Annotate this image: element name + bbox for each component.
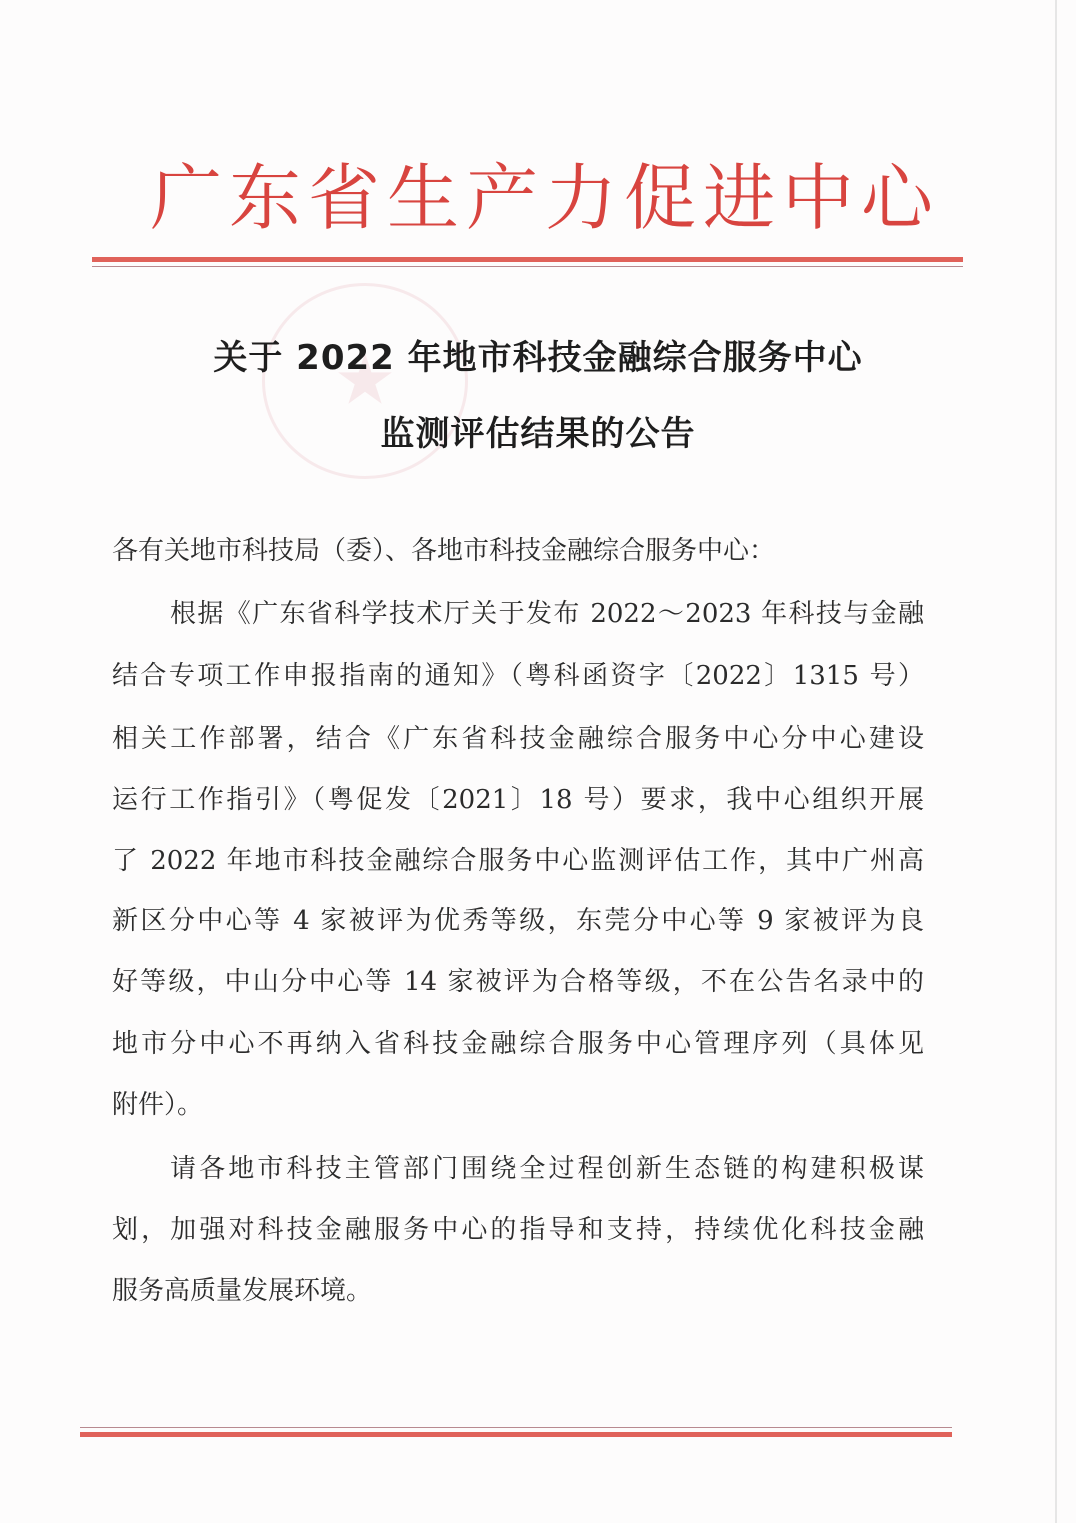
paragraph-1-line: 新区分中心等 4 家被评为优秀等级，东莞分中心等 9 家被评为良 — [112, 905, 924, 937]
document-page: 广东省生产力促进中心 ★ 关于 2022 年地市科技金融综合服务中心 监测评估结… — [0, 0, 1076, 1523]
paragraph-1-line: 好等级，中山分中心等 14 家被评为合格等级，不在公告名录中的 — [112, 966, 924, 998]
paragraph-2-line: 请各地市科技主管部门围绕全过程创新生态链的构建积极谋 — [170, 1153, 924, 1185]
letterhead-rule-thin — [92, 266, 963, 267]
footer-rule-thin — [80, 1427, 952, 1428]
paragraph-1-line: 相关工作部署，结合《广东省科技金融综合服务中心分中心建设 — [112, 723, 924, 755]
document-title-line-1: 关于 2022 年地市科技金融综合服务中心 — [0, 330, 1076, 379]
paragraph-2-line: 划，加强对科技金融服务中心的指导和支持，持续优化科技金融 — [112, 1214, 924, 1246]
paragraph-1-line: 了 2022 年地市科技金融综合服务中心监测评估工作，其中广州高 — [112, 845, 924, 877]
document-title-line-2: 监测评估结果的公告 — [0, 406, 1076, 455]
paragraph-1-line: 运行工作指引》（粤促发〔2021〕18 号）要求，我中心组织开展 — [112, 784, 924, 816]
letterhead-organization-name: 广东省生产力促进中心 — [150, 150, 910, 246]
salutation: 各有关地市科技局（委）、各地市科技金融综合服务中心： — [112, 535, 924, 567]
footer-rule-thick — [80, 1432, 952, 1437]
paragraph-1-line: 地市分中心不再纳入省科技金融综合服务中心管理序列（具体见 — [112, 1028, 924, 1060]
paragraph-1-line: 附件）。 — [112, 1089, 924, 1121]
scan-edge-line — [1055, 0, 1057, 1523]
paragraph-2-line: 服务高质量发展环境。 — [112, 1275, 924, 1307]
paragraph-1-line: 结合专项工作申报指南的通知》（粤科函资字〔2022〕1315 号） — [112, 660, 924, 692]
paragraph-1-line: 根据《广东省科学技术厅关于发布 2022～2023 年科技与金融 — [170, 598, 924, 630]
letterhead-rule-thick — [92, 257, 963, 262]
